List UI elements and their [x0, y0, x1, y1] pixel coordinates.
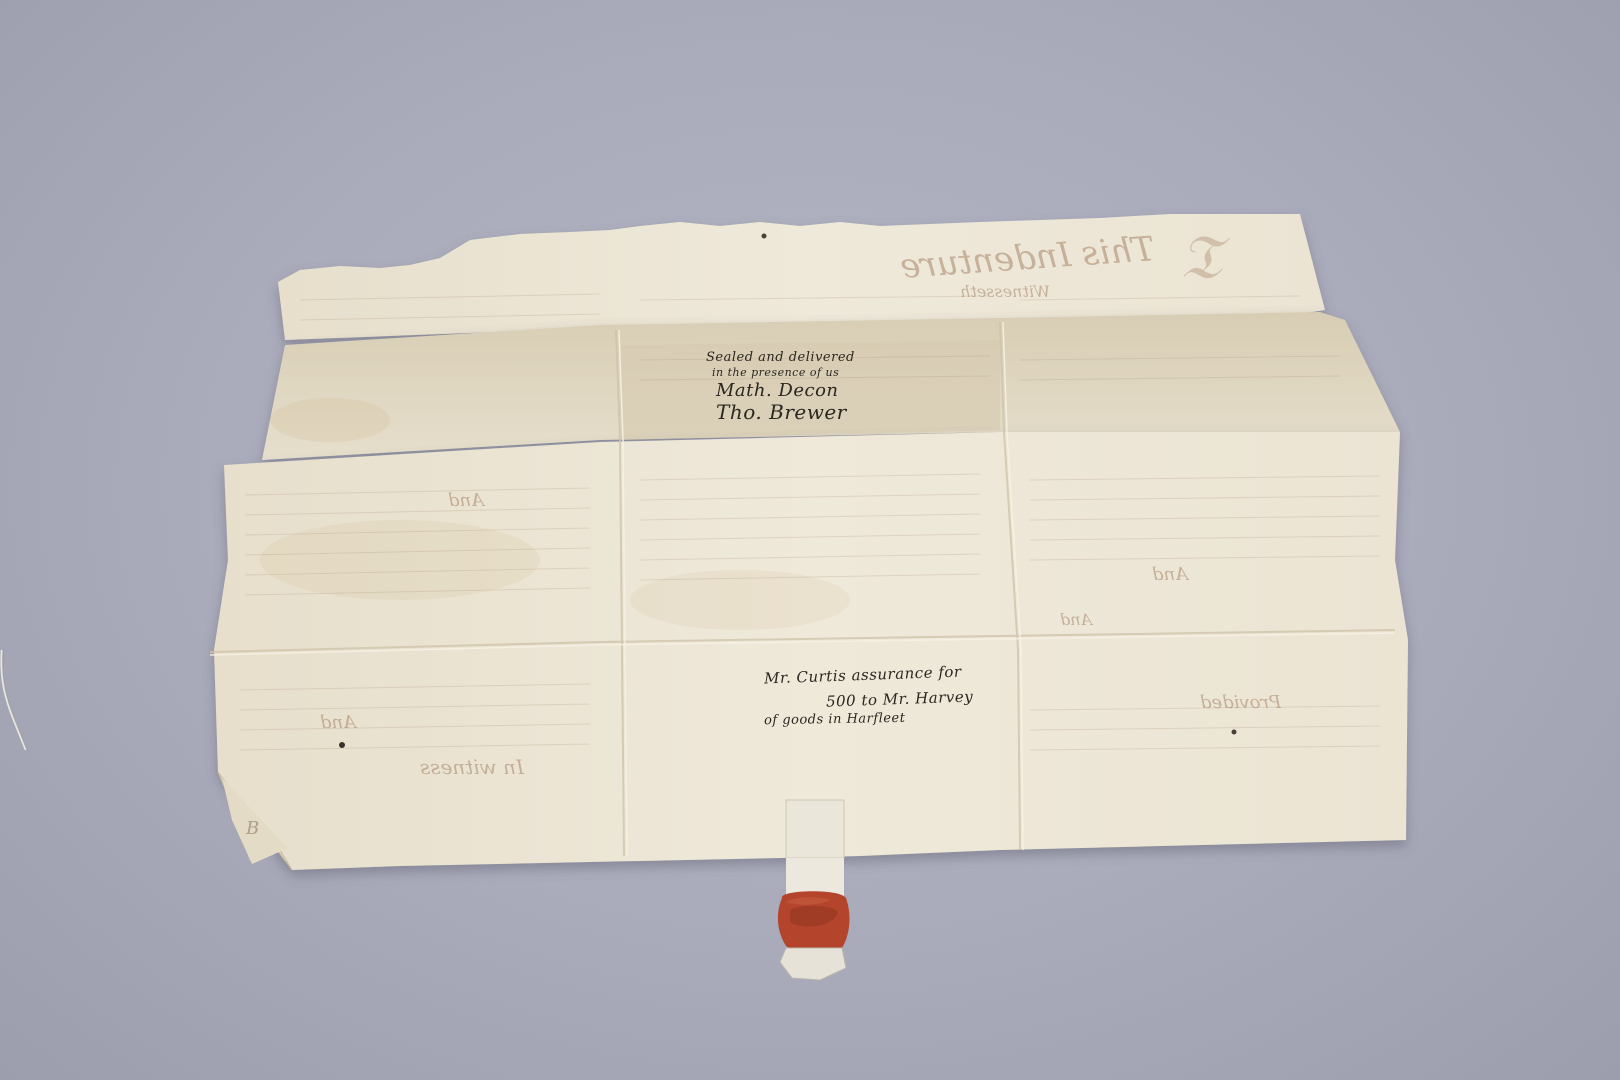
faint-word: And — [1152, 564, 1188, 585]
flourish-decoration: 𝔗 — [1180, 220, 1221, 294]
mirrored-subheader: Witnesseth — [960, 282, 1050, 301]
corner-mark: B — [246, 818, 259, 839]
attestation-line-2: in the presence of us — [712, 366, 839, 379]
endorsement-line-3: of goods in Harfleet — [764, 711, 906, 728]
faint-word: And — [320, 712, 356, 733]
faint-word: In witness — [420, 755, 524, 779]
attestation-line-1: Sealed and delivered — [706, 350, 855, 365]
faint-word: And — [1060, 610, 1092, 629]
witness-signature-2: Tho. Brewer — [716, 400, 847, 424]
faint-word: Provided — [1200, 692, 1281, 713]
parchment-document — [0, 0, 1620, 1080]
faint-word: And — [448, 490, 484, 511]
photo-scene: This Indenture Witnesseth 𝔗 And And And … — [0, 0, 1620, 1080]
witness-signature-1: Math. Decon — [716, 380, 839, 401]
